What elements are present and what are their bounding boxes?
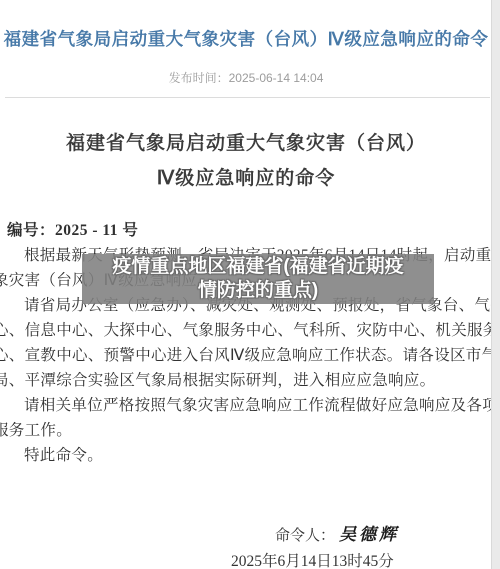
body-line: 请相关单位严格按照气象灾害应急响应工作流程做好应急响应及各项气象 xyxy=(0,393,487,418)
document-number: 编号：2025 - 11 号 xyxy=(7,218,138,240)
page-right-gutter xyxy=(491,0,500,569)
signature-row: 命令人：吴德辉 xyxy=(275,520,399,545)
body-line: 心、信息中心、大探中心、气象服务中心、气科所、灾防中心、机关服务中 xyxy=(0,318,487,343)
body-line: 局、平潭综合实验区气象局根据实际研判，进入相应应急响应。 xyxy=(0,368,487,393)
document-title-line1: 福建省气象局启动重大气象灾害（台风） xyxy=(0,126,492,161)
caption-overlay-line2: 情防控的重点) xyxy=(198,279,318,303)
body-line: 心、宣教中心、预警中心进入台风Ⅳ级应急响应工作状态。请各设区市气象 xyxy=(0,343,487,368)
document-title: 福建省气象局启动重大气象灾害（台风） Ⅳ级应急响应的命令 xyxy=(0,126,492,196)
article-headline: 福建省气象局启动重大气象灾害（台风）Ⅳ级应急响应的命令 xyxy=(0,26,492,51)
document-date: 2025年6月14日13时45分 xyxy=(231,549,394,569)
caption-overlay-line1: 疫情重点地区福建省(福建省近期疫 xyxy=(112,255,403,279)
signature-name: 吴德辉 xyxy=(339,525,399,544)
document-page: 福建省气象局启动重大气象灾害（台风）Ⅳ级应急响应的命令 发布时间：2025-06… xyxy=(0,0,500,569)
body-line: 特此命令。 xyxy=(0,443,487,468)
document-title-line2: Ⅳ级应急响应的命令 xyxy=(0,161,492,196)
publish-time: 发布时间：2025-06-14 14:04 xyxy=(0,69,492,86)
body-line: 服务工作。 xyxy=(0,418,487,443)
header-divider xyxy=(5,97,490,98)
signature-label: 命令人： xyxy=(275,528,335,544)
caption-overlay: 疫情重点地区福建省(福建省近期疫 情防控的重点) xyxy=(82,254,434,304)
